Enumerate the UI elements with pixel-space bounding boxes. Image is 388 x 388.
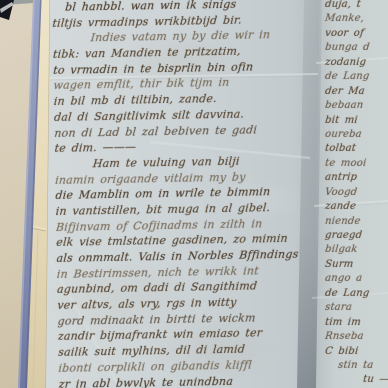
manuscript-line-fragment: bebaan: [324, 99, 388, 113]
manuscript-line-fragment: te mooi: [324, 157, 388, 171]
manuscript-line-fragment: de Lang: [324, 287, 388, 301]
manuscript-line-fragment: niende: [324, 215, 388, 229]
manuscript-line-fragment: bit mi: [324, 114, 388, 128]
manuscript-line-fragment: zodanig: [324, 56, 388, 70]
manuscript-line-fragment: Manke,: [324, 12, 388, 26]
manuscript-line-fragment: tolbat: [324, 142, 388, 156]
manuscript-line-fragment: der Ma: [324, 85, 388, 99]
manuscript-line-fragment: duja, t: [324, 0, 388, 12]
right-page-text: duja, tManke,voor ofbunga dzodanigde Lan…: [322, 0, 388, 388]
manuscript-line-fragment: oureba: [324, 128, 388, 142]
manuscript-photo: bl hanbbl. wan win ik sinigstiltjis vrma…: [0, 0, 388, 388]
manuscript-line-fragment: stin ta: [324, 359, 388, 373]
manuscript-line-fragment: Surm: [324, 258, 388, 272]
manuscript-line-fragment: zande: [324, 200, 388, 214]
manuscript-line-fragment: antrip: [324, 171, 388, 185]
manuscript-line-fragment: Voogd: [324, 186, 388, 200]
manuscript-line-fragment: tim im: [324, 316, 388, 330]
manuscript-line-fragment: graegd: [324, 229, 388, 243]
manuscript-line-fragment: de Lang: [324, 70, 388, 84]
manuscript-line-fragment: bilgak: [324, 243, 388, 257]
manuscript-line-fragment: voor of: [324, 27, 388, 41]
manuscript-line-fragment: tu ——: [324, 373, 388, 387]
manuscript-line-fragment: ango a: [324, 272, 388, 286]
left-page-text: bl hanbbl. wan win ik sinigstiltjis vrma…: [52, 0, 319, 388]
manuscript-line-fragment: stara: [324, 301, 388, 315]
manuscript-line-fragment: bunga d: [324, 41, 388, 55]
manuscript-line-fragment: C bibi: [324, 345, 388, 359]
manuscript-line-fragment: Rnseba: [324, 330, 388, 344]
